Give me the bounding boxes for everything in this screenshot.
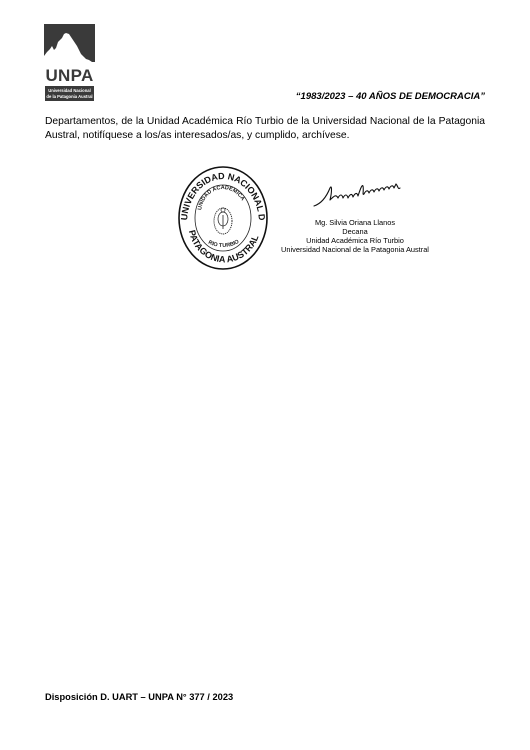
official-seal-icon: UNIVERSIDAD NACIONAL DE LA PATAGONIA AUS… — [177, 165, 269, 271]
logo-plate: Universidad Nacional de la Patagonia Aus… — [45, 86, 94, 101]
logo-acronym: UNPA — [44, 67, 95, 84]
signer-institution: Universidad Nacional de la Patagonia Aus… — [280, 245, 430, 254]
signer-block: Mg. Silvia Oriana Llanos Decana Unidad A… — [280, 218, 430, 254]
document-reference-footer: Disposición D. UART – UNPA N° 377 / 2023 — [45, 692, 233, 702]
signer-unit: Unidad Académica Río Turbio — [280, 236, 430, 245]
document-page: UNPA Universidad Nacional de la Patagoni… — [0, 0, 530, 750]
motto-header: “1983/2023 – 40 AÑOS DE DEMOCRACIA” — [296, 91, 485, 102]
logo-plate-line2: de la Patagonia Austral — [45, 94, 94, 100]
signer-name: Mg. Silvia Oriana Llanos — [280, 218, 430, 227]
svg-text:UNIDAD ACADEMICA: UNIDAD ACADEMICA — [197, 185, 245, 211]
body-paragraph: Departamentos, de la Unidad Académica Rí… — [45, 115, 485, 143]
mountain-peak-icon — [44, 24, 95, 64]
unpa-logo: UNPA Universidad Nacional de la Patagoni… — [44, 24, 95, 104]
svg-text:UNIVERSIDAD NACIONAL DE LA: UNIVERSIDAD NACIONAL DE LA — [177, 165, 267, 221]
signer-role: Decana — [280, 227, 430, 236]
handwritten-signature-icon — [312, 180, 404, 210]
logo-plate-line1: Universidad Nacional — [45, 88, 94, 94]
